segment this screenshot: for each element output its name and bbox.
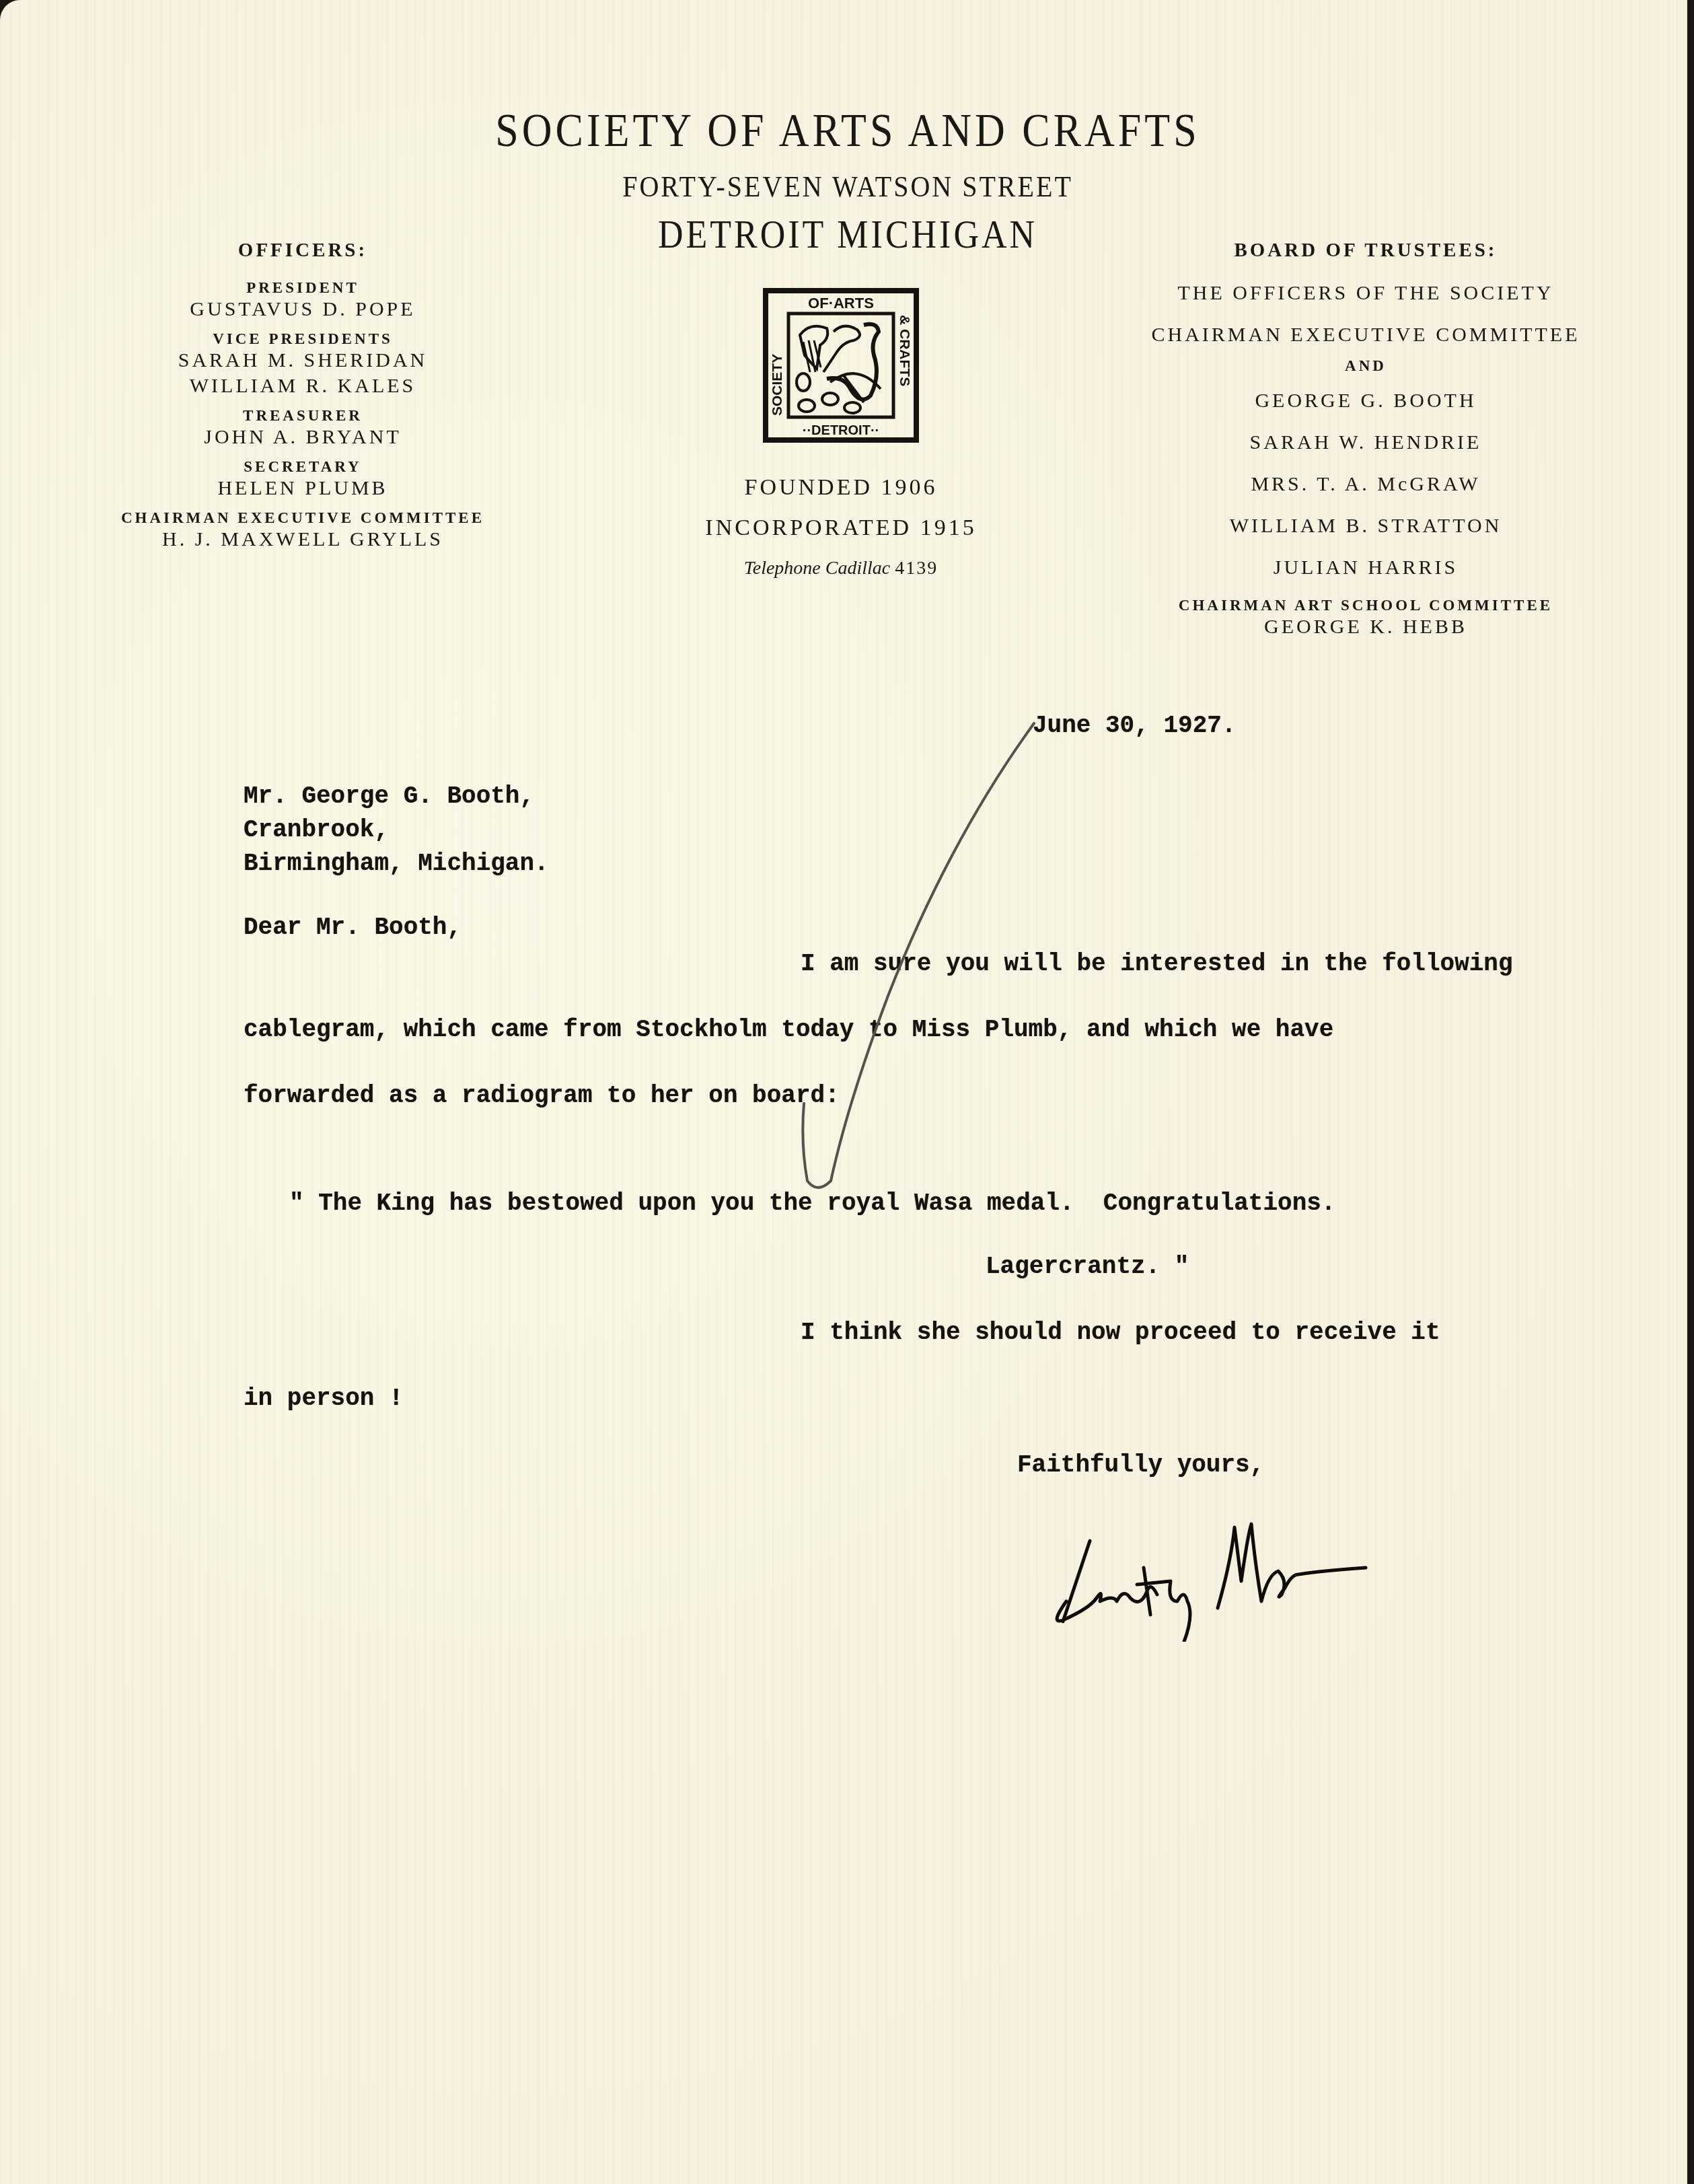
officer-role: PRESIDENT bbox=[47, 279, 558, 297]
closing: Faithfully yours, bbox=[1017, 1451, 1264, 1480]
trustees-heading: BOARD OF TRUSTEES: bbox=[1110, 239, 1621, 262]
society-seal-icon: OF·ARTS ··DETROIT·· SOCIETY & CRAFTS bbox=[763, 288, 919, 443]
telephone-label: Telephone Cadillac bbox=[744, 558, 891, 579]
officer-name: WILLIAM R. KALES bbox=[47, 373, 558, 399]
officer-name: HELEN PLUMB bbox=[47, 476, 558, 501]
body-line: cablegram, which came from Stockholm tod… bbox=[244, 1016, 1333, 1044]
officer-role: TREASURER bbox=[47, 407, 558, 425]
officer-name: H. J. MAXWELL GRYLLS bbox=[47, 527, 558, 552]
cablegram-signoff: Lagercrantz. " bbox=[986, 1253, 1189, 1281]
trustee-name: GEORGE K. HEBB bbox=[1110, 614, 1621, 640]
trustee-name: WILLIAM B. STRATTON bbox=[1110, 513, 1621, 539]
letter-date: June 30, 1927. bbox=[1033, 712, 1236, 740]
officers-heading: OFFICERS: bbox=[47, 239, 558, 262]
trustee-role: CHAIRMAN ART SCHOOL COMMITTEE bbox=[1110, 597, 1621, 614]
city-state: DETROIT MICHIGAN bbox=[538, 213, 1157, 258]
body-line: I am sure you will be interested in the … bbox=[801, 950, 1513, 978]
body-line: I think she should now proceed to receiv… bbox=[801, 1319, 1440, 1347]
cablegram-text: " The King has bestowed upon you the roy… bbox=[289, 1190, 1335, 1218]
incorporated-year: INCORPORATED 1915 bbox=[639, 515, 1043, 542]
svg-text:& CRAFTS: & CRAFTS bbox=[897, 315, 912, 386]
body-line: in person ! bbox=[244, 1385, 404, 1413]
recipient-line: Mr. George G. Booth, bbox=[244, 782, 534, 811]
officer-name: JOHN A. BRYANT bbox=[47, 425, 558, 450]
recipient-line: Cranbrook, bbox=[244, 816, 389, 844]
svg-text:··DETROIT··: ··DETROIT·· bbox=[803, 423, 879, 438]
founded-year: FOUNDED 1906 bbox=[639, 474, 1043, 501]
trustees-line: AND bbox=[1110, 357, 1621, 375]
officer-role: SECRETARY bbox=[47, 458, 558, 476]
trustees-line: THE OFFICERS OF THE SOCIETY bbox=[1110, 281, 1621, 306]
street-address: FORTY-SEVEN WATSON STREET bbox=[538, 170, 1157, 205]
officer-role: VICE PRESIDENTS bbox=[47, 330, 558, 348]
salutation: Dear Mr. Booth, bbox=[244, 914, 462, 942]
body-line: forwarded as a radiogram to her on board… bbox=[244, 1082, 840, 1110]
officer-name: SARAH M. SHERIDAN bbox=[47, 348, 558, 373]
telephone-number: 4139 bbox=[895, 558, 938, 579]
organization-name: SOCIETY OF ARTS AND CRAFTS bbox=[404, 105, 1292, 157]
recipient-line: Birmingham, Michigan. bbox=[244, 850, 549, 878]
trustee-name: JULIAN HARRIS bbox=[1110, 555, 1621, 581]
handwritten-signature-icon bbox=[1049, 1507, 1467, 1642]
officer-name: GUSTAVUS D. POPE bbox=[47, 297, 558, 322]
svg-text:OF·ARTS: OF·ARTS bbox=[808, 295, 874, 312]
officers-column: OFFICERS: PRESIDENT GUSTAVUS D. POPE VIC… bbox=[47, 239, 558, 560]
officer-role: CHAIRMAN EXECUTIVE COMMITTEE bbox=[47, 509, 558, 527]
trustee-name: SARAH W. HENDRIE bbox=[1110, 430, 1621, 456]
trustee-name: GEORGE G. BOOTH bbox=[1110, 388, 1621, 414]
svg-text:SOCIETY: SOCIETY bbox=[770, 354, 785, 416]
telephone: Telephone Cadillac 4139 bbox=[639, 557, 1043, 580]
trustee-name: MRS. T. A. McGRAW bbox=[1110, 472, 1621, 497]
trustees-column: BOARD OF TRUSTEES: THE OFFICERS OF THE S… bbox=[1110, 239, 1621, 656]
trustees-line: CHAIRMAN EXECUTIVE COMMITTEE bbox=[1110, 322, 1621, 348]
